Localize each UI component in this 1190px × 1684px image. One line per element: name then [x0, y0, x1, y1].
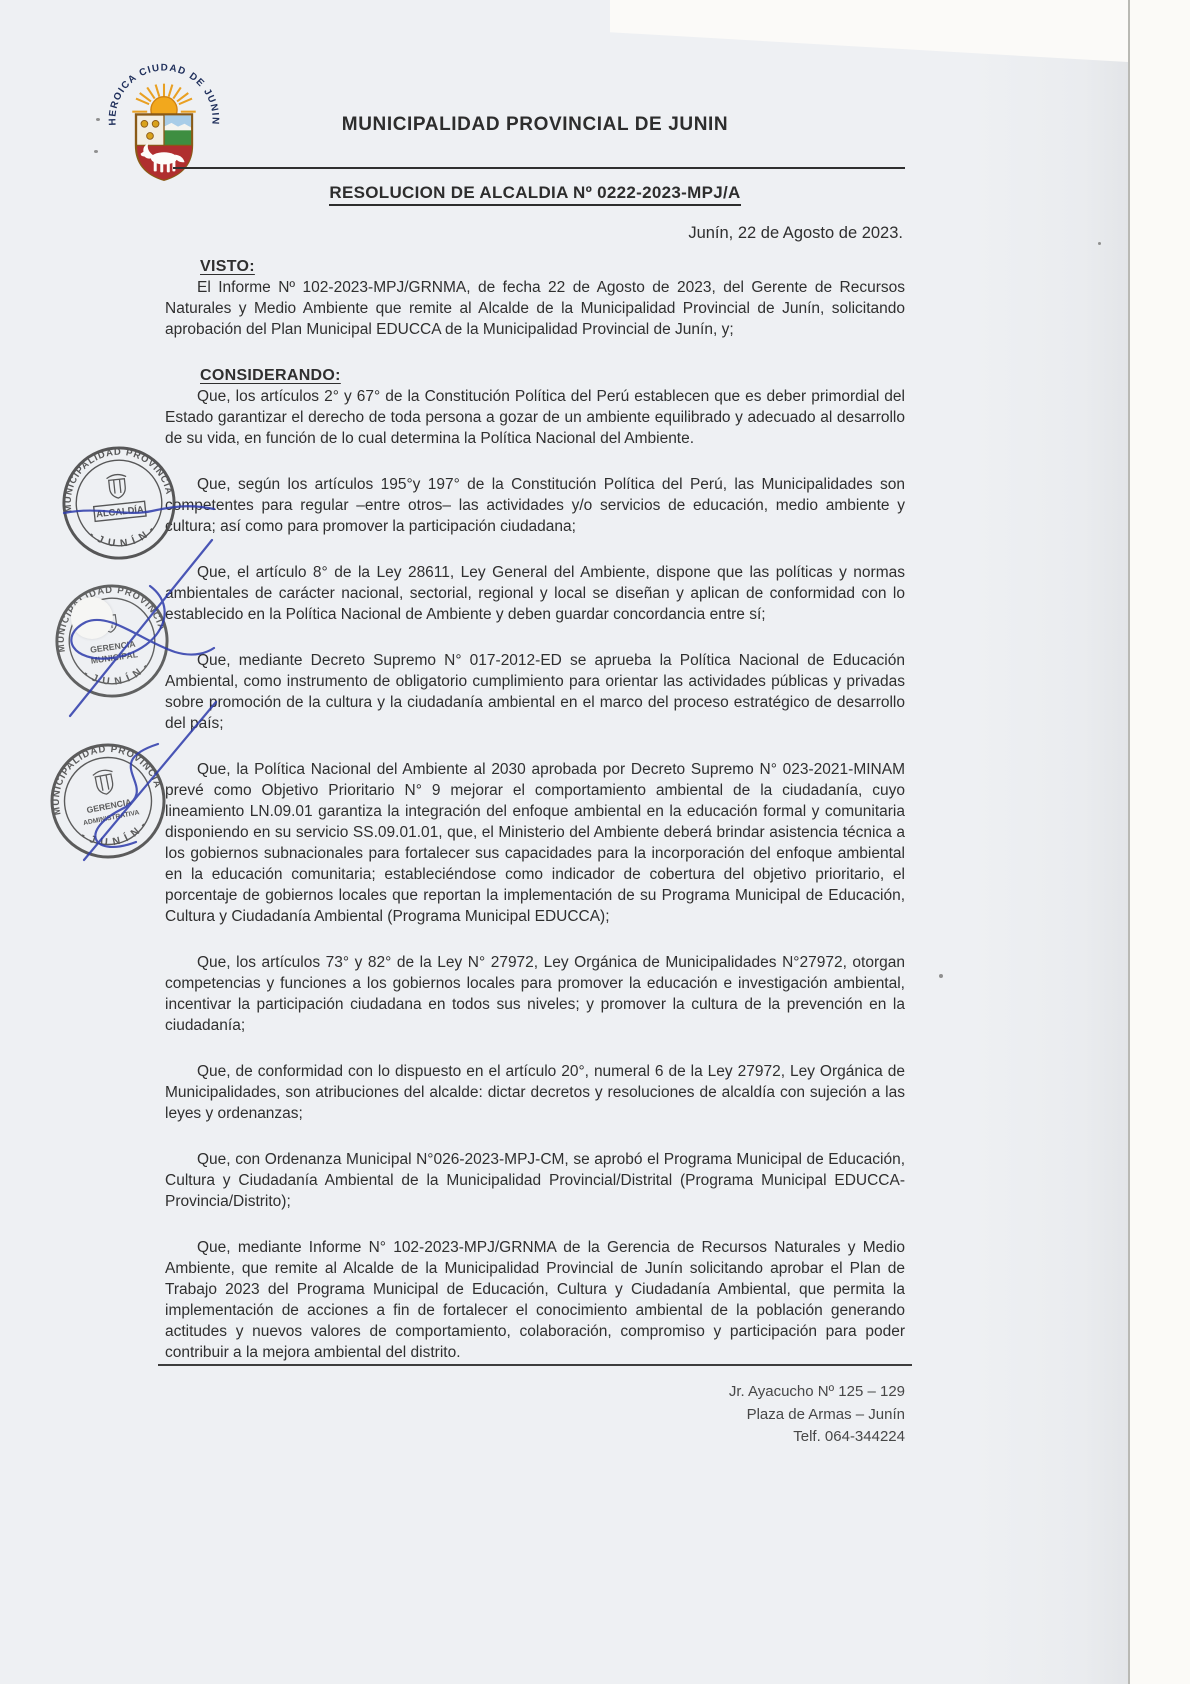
considerando-paragraph: Que, la Política Nacional del Ambiente a… [165, 759, 905, 927]
considerando-paragraph: Que, mediante Decreto Supremo N° 017-201… [165, 650, 905, 734]
considerando-paragraph: Que, de conformidad con lo dispuesto en … [165, 1061, 905, 1124]
footer-divider [158, 1364, 912, 1366]
footer-phone: Telf. 064-344224 [165, 1426, 905, 1449]
resolution-title: RESOLUCION DE ALCALDIA Nº 0222-2023-MPJ/… [165, 183, 905, 203]
stamp-escudo-icon [92, 769, 116, 796]
organization-name: MUNICIPALIDAD PROVINCIAL DE JUNIN [165, 114, 905, 136]
resolution-title-text: RESOLUCION DE ALCALDIA Nº 0222-2023-MPJ/… [329, 183, 740, 206]
considerando-paragraph: Que, según los artículos 195°y 197° de l… [165, 474, 905, 537]
dust-speck [96, 118, 100, 121]
dust-speck [1098, 242, 1101, 245]
considerando-paragraph: Que, el artículo 8° de la Ley 28611, Ley… [165, 562, 905, 625]
visto-heading: VISTO: [200, 256, 905, 277]
stamp-gerencia-municipal: MUNICIPALIDAD PROVINCIAL - J U N Í N - G… [45, 574, 178, 707]
considerando-paragraph: Que, los artículos 73° y 82° de la Ley N… [165, 952, 905, 1036]
footer-address-line2: Plaza de Armas – Junín [165, 1404, 905, 1427]
stamp-ring-top: MUNICIPALIDAD PROVINCIAL [54, 438, 175, 514]
dust-speck [939, 974, 943, 978]
visto-paragraph: El Informe Nº 102-2023-MPJ/GRNMA, de fec… [165, 277, 905, 340]
footer-address: Jr. Ayacucho Nº 125 – 129 Plaza de Armas… [165, 1381, 905, 1449]
considerando-paragraph: Que, los artículos 2° y 67° de la Consti… [165, 386, 905, 449]
considerando-paragraph: Que, con Ordenanza Municipal N°026-2023-… [165, 1149, 905, 1212]
hole-punch [71, 597, 113, 639]
stamp-gerencia-administrativa: MUNICIPALIDAD PROVINCIAL - J U N Í N - G… [38, 731, 179, 872]
document-page: HEROICA CIUDAD DE JUNIN [0, 0, 1190, 1684]
footer-address-line1: Jr. Ayacucho Nº 125 – 129 [165, 1381, 905, 1404]
scan-edge [1128, 0, 1190, 1684]
stamp-escudo-icon [106, 474, 128, 500]
considerando-paragraph: Que, mediante Informe N° 102-2023-MPJ/GR… [165, 1237, 905, 1363]
dust-speck [94, 150, 98, 153]
header-rule [173, 167, 905, 169]
stamp-alcaldia: MUNICIPALIDAD PROVINCIAL - J U N Í N - A… [54, 438, 184, 568]
document-body: VISTO: El Informe Nº 102-2023-MPJ/GRNMA,… [165, 256, 905, 1449]
svg-text:MUNICIPALIDAD PROVINCIAL: MUNICIPALIDAD PROVINCIAL [54, 438, 175, 514]
dateline: Junín, 22 de Agosto de 2023. [165, 224, 903, 243]
considerando-heading: CONSIDERANDO: [200, 365, 905, 386]
